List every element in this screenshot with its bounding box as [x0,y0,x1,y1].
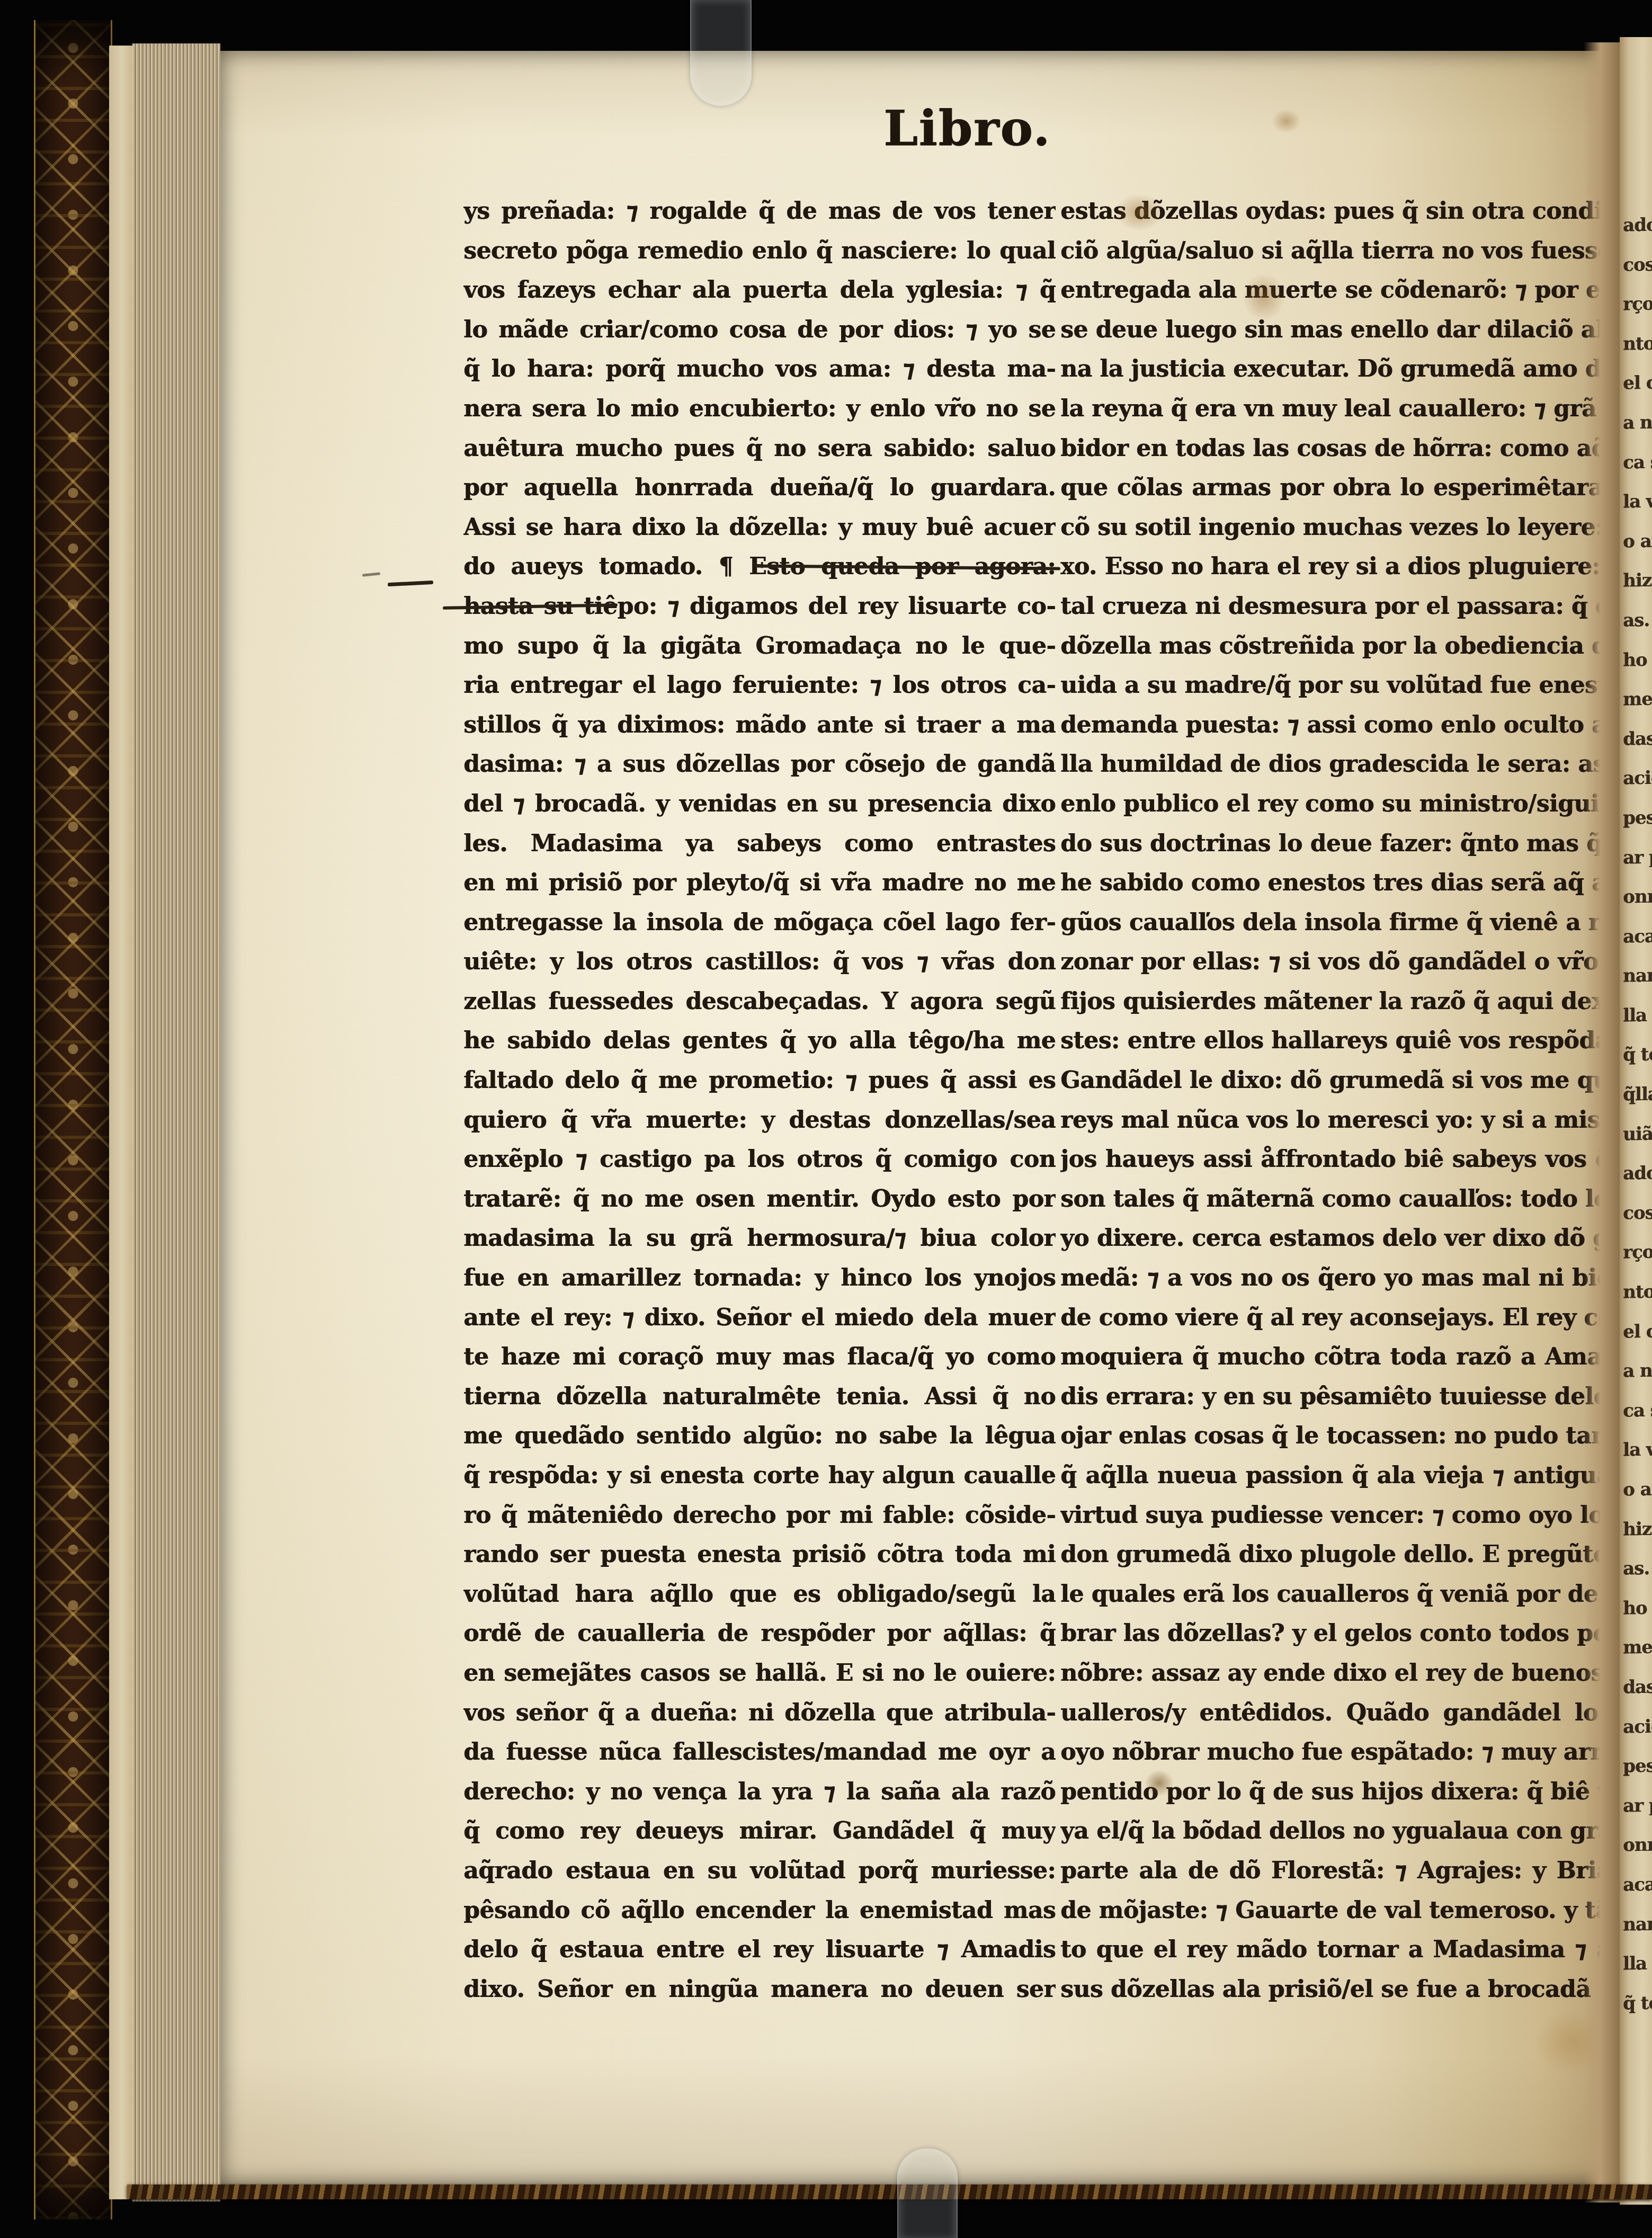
text-line: reys mal nũca vos lo meresci yo: y si a … [1060,1101,1611,1140]
text-line: ya el/q̃ la bõdad dellos no ygualaua con… [1060,1812,1611,1851]
text-line: madasima la su grã hermosura/⁊ biua colo… [463,1219,1056,1259]
text-line: rando ser puesta enesta prisiõ cõtra tod… [463,1535,1056,1575]
text-line: nõbre: assaz ay ende dixo el rey de buen… [1060,1654,1611,1693]
text-line: demanda puesta: ⁊ assi como enlo oculto … [1060,706,1611,745]
text-line: de mõjaste: ⁊ Gauarte de val temeroso. y… [1060,1891,1611,1931]
text-line: ante el rey: ⁊ dixo. Señor el miedo dela… [463,1298,1056,1338]
text-fragment: hiziess [1623,561,1652,601]
text-line: dixo. Señor en ningũa manera no deuen se… [463,1970,1056,2010]
text-line: entregada ala muerte se cõdenarõ: ⁊ por … [1060,271,1611,310]
text-line: parte ala de dõ Florestã: ⁊ Agrajes: y B… [1060,1851,1611,1891]
text-line: vos señor q̃ a dueña: ni dõzella que atr… [463,1693,1056,1733]
text-fragment: ar p̃ste [1623,837,1652,877]
text-line: ojar enlas cosas q̃ le tocassen: no pudo… [1060,1416,1611,1456]
text-fragment: a no se [1623,403,1652,443]
text-line: son tales q̃ mãternã como caualľos: todo… [1060,1180,1611,1219]
text-line: q̃ respõda: y si enesta corte hay algun … [463,1456,1056,1496]
text-line: jos haueys assi åffrontado biê sabeys vo… [1060,1140,1611,1180]
text-fragment: o ante [1623,521,1652,561]
text-fragment: ca sa e [1623,442,1652,482]
text-line: tal crueza ni desmesura por el passara: … [1060,587,1611,627]
text-line: tratarẽ: q̃ no me osen mentir. Oydo esto… [463,1180,1056,1219]
text-fragment: mezcla [1623,680,1652,719]
text-line: medã: ⁊ a vos no os q̃ero yo mas mal ni … [1060,1259,1611,1298]
text-line: auêtura mucho pues q̃ no sera sabido: sa… [463,429,1056,469]
text-fragment: o ante [1623,1470,1652,1510]
text-line: do sus doctrinas lo deue fazer: q̃nto ma… [1060,824,1611,864]
text-line: don grumedã dixo plugole dello. E pregũt… [1060,1535,1611,1575]
text-fragment: lla m [1623,995,1652,1035]
text-line: quiero q̃ vr̃a muerte: y destas donzella… [463,1101,1056,1140]
text-line: he sabido como enestos tres dias serã aq… [1060,863,1611,903]
text-line: ualleros/y entêdidos. Quãdo gandãdel los [1060,1693,1611,1733]
text-line: q̃ como rey deueys mirar. Gandãdel q̃ mu… [463,1812,1056,1851]
text-fragment: ntos d [1623,1272,1652,1312]
text-fragment: pesar:d [1623,798,1652,837]
text-line: lo mãde criar/como cosa de por dios: ⁊ y… [463,310,1056,350]
text-line: virtud suya pudiesse vencer: ⁊ como oyo … [1060,1496,1611,1536]
acrylic-page-holder-top [690,0,752,106]
text-fragment: cosas se [1623,245,1652,284]
text-line: tierna dõzella naturalmête tenia. Assi q… [463,1377,1056,1417]
text-fragment: ca sa e [1623,1390,1652,1430]
text-fragment: cosas se [1623,1193,1652,1233]
text-fragment: ado co [1623,206,1652,245]
text-line: ria entregar el lago feruiente: ⁊ los ot… [463,666,1056,706]
text-fragment: el cuã [1623,363,1652,403]
text-line: mo supo q̃ la gigãta Gromadaça no le que… [463,627,1056,666]
text-line: secreto põga remedio enlo q̃ nasciere: l… [463,231,1056,271]
gilt-tooled-binding-edge [34,20,112,2219]
book-page: Libro. ys preñada: ⁊ rogalde q̃ de mas d… [220,51,1624,2184]
text-line: q̃ aq̃lla nueua passion q̃ ala vieja ⁊ a… [1060,1456,1611,1496]
text-line: delo q̃ estaua entre el rey lisuarte ⁊ A… [463,1930,1056,1970]
text-fragment: das las [1623,719,1652,759]
text-line: gũos caualľos dela insola firme q̃ vienê… [1060,903,1611,943]
text-fragment: as. P [1623,1549,1652,1589]
text-line: to que el rey mãdo tornar a Madasima ⁊ a [1060,1930,1611,1970]
text-line: ciõ algũa/saluo si aq̃lla tierra no vos … [1060,231,1611,271]
text-line: sus dõzellas ala prisiõ/el se fue a broc… [1060,1970,1611,2010]
text-line: ro q̃ mãteniêdo derecho por mi fable: cõ… [463,1496,1056,1536]
text-line: me quedãdo sentido algũo: no sabe la lêg… [463,1416,1056,1456]
text-line: enxẽplo ⁊ castigo pa los otros q̃ comigo… [463,1140,1056,1180]
text-line: estas dõzellas oydas: pues q̃ sin otra c… [1060,192,1611,231]
text-line: he sabido delas gentes q̃ yo alla têgo/h… [463,1021,1056,1061]
margin-ink-dash [388,581,433,586]
text-line: da fuesse nũca fallescistes/mandad me oy… [463,1733,1056,1772]
text-fragment: la veni [1623,482,1652,522]
text-fragment: as. P [1623,601,1652,640]
text-line: zellas fuessedes descabeçadas. Y agora s… [463,982,1056,1022]
text-line: del ⁊ brocadã. y venidas en su presencia… [463,784,1056,824]
text-fragment: nami [1623,956,1652,996]
next-leaf-edge: ado cocosas serço pntos del cuãa no seca… [1620,37,1652,2205]
text-line: se deue luego sin mas enello dar dilaciõ… [1060,310,1611,350]
text-line: ys preñada: ⁊ rogalde q̃ de mas de vos t… [463,192,1056,231]
text-fragment: q̃ ten [1623,1983,1652,2023]
text-line: stillos q̃ ya diximos: mãdo ante si trae… [463,706,1056,745]
inner-hinge-strip [109,46,132,2199]
text-line: por aquella honrrada dueña/q̃ lo guardar… [463,468,1056,508]
text-line: oyo nõbrar mucho fue espãtado: ⁊ muy arr… [1060,1733,1611,1772]
text-line: cõ su sotil ingenio muchas vezes lo leye… [1060,508,1611,548]
text-line: dis errara: y en su pêsamiêto tuuiesse d… [1060,1377,1611,1417]
text-fragment: aca he [1623,1865,1652,1905]
text-fragment: aciõ ha [1623,759,1652,798]
text-fragment: nami [1623,1904,1652,1944]
text-fragment: ho a q [1623,640,1652,680]
text-line: volũtad hara aq̃llo que es obligado/segũ… [463,1575,1056,1615]
text-fragment: ado co [1623,1154,1652,1193]
text-line: brar las dõzellas? y el gelos conto todo… [1060,1614,1611,1654]
gilt-board-bottom-edge [127,2184,1652,2199]
text-line: derecho: y no vença la yra ⁊ la saña ala… [463,1772,1056,1812]
text-line: pêsando cõ aq̃llo encender la enemistad … [463,1891,1056,1931]
text-line: zonar por ellas: ⁊ si vos dõ gandãdel o … [1060,942,1611,982]
text-fragment: ar p̃ste [1623,1786,1652,1825]
text-line: moquiera q̃ mucho cõtra toda razõ a Ama- [1060,1338,1611,1377]
photographed-book-page: Libro. ys preñada: ⁊ rogalde q̃ de mas d… [0,0,1652,2238]
acrylic-page-holder-bottom [897,2148,958,2238]
text-line: aq̃rado estaua en su volũtad porq̃ murie… [463,1851,1056,1891]
text-line: de como viere q̃ al rey aconsejays. El r… [1060,1298,1611,1338]
text-line: q̃ lo hara: porq̃ mucho vos ama: ⁊ desta… [463,350,1056,389]
text-line: stes: entre ellos hallareys quiê vos res… [1060,1021,1611,1061]
text-fragment: ntos d [1623,324,1652,363]
next-leaf-text-fragments: ado cocosas serço pntos del cuãa no seca… [1623,206,1652,2023]
text-line: faltado delo q̃ me prometio: ⁊ pues q̃ a… [463,1061,1056,1101]
running-head: Libro. [803,100,1131,157]
text-fragment: uiã su [1623,1114,1652,1154]
text-line: dasima: ⁊ a sus dõzellas por cõsejo de g… [463,745,1056,784]
text-fragment: onrra [1623,877,1652,917]
text-line: bidor en todas las cosas de hõrra: como … [1060,429,1611,469]
text-fragment: pesar:d [1623,1746,1652,1786]
text-fragment: rço p [1623,1233,1652,1272]
text-fragment: aciõ ha [1623,1707,1652,1746]
text-fragment: hiziess [1623,1509,1652,1549]
text-fragment: q̃lla d [1623,1075,1652,1114]
text-line: Gandãdel le dixo: dõ grumedã si vos me q… [1060,1061,1611,1101]
margin-ink-dash [362,572,380,577]
text-line: xo. Esso no hara el rey si a dios plugui… [1060,547,1611,587]
text-line: la reyna q̃ era vn muy leal cauallero: ⁊… [1060,389,1611,429]
right-text-column: estas dõzellas oydas: pues q̃ sin otra c… [1060,192,1611,2009]
text-fragment: la veni [1623,1430,1652,1470]
text-line: le quales erã los caualleros q̃ veniã po… [1060,1575,1611,1615]
text-line: te haze mi coraçõ muy mas flaca/q̃ yo co… [463,1338,1056,1377]
text-line: fue en amarillez tornada: y hinco los yn… [463,1259,1056,1298]
paper-stain [1272,109,1301,133]
text-line: entregasse la insola de mõgaça cõel lago… [463,903,1056,943]
text-line: en mi prisiõ por pleyto/q̃ si vr̃a madre… [463,863,1056,903]
text-line: que cõlas armas por obra lo esperimêtara… [1060,468,1611,508]
text-line: ordẽ de caualleria de respõder por aq̃ll… [463,1614,1056,1654]
text-fragment: das las [1623,1668,1652,1707]
left-text-column: ys preñada: ⁊ rogalde q̃ de mas de vos t… [463,192,1056,2009]
text-fragment: onrra [1623,1825,1652,1865]
text-line: enlo publico el rey como su ministro/sig… [1060,784,1611,824]
text-fragment: ho a q [1623,1588,1652,1628]
text-fragment: lla m [1623,1944,1652,1984]
text-fragment: el cuã [1623,1312,1652,1351]
text-fragment: rço p [1623,284,1652,324]
text-fragment: a no se [1623,1351,1652,1391]
stacked-page-edges [132,43,220,2201]
text-fragment: q̃ ten [1623,1035,1652,1075]
text-line: yo dixere. cerca estamos delo ver dixo d… [1060,1219,1611,1259]
text-fragment: aca he [1623,916,1652,956]
text-line: uiête: y los otros castillos: q̃ vos ⁊ v… [463,942,1056,982]
text-line: dõzella mas cõstreñida por la obediencia… [1060,627,1611,666]
text-line: fijos quisierdes mãtener la razõ q̃ aqui… [1060,982,1611,1022]
text-line: vos fazeys echar ala puerta dela yglesia… [463,271,1056,310]
text-line: nera sera lo mio encubierto: y enlo vr̃o… [463,389,1056,429]
text-line: lla humildad de dios gradescida le sera:… [1060,745,1611,784]
fore-edge-shadow [1584,42,1621,2203]
text-line: uida a su madre/q̃ por su volũtad fue en… [1060,666,1611,706]
text-fragment: mezcla [1623,1628,1652,1668]
text-line: en semejãtes casos se hallã. E si no le … [463,1654,1056,1693]
text-line: Assi se hara dixo la dõzella: y muy buê … [463,508,1056,548]
text-line: na la justicia executar. Dõ grumedã amo … [1060,350,1611,389]
text-line: pentido por lo q̃ de sus hijos dixera: q… [1060,1772,1611,1812]
text-line: les. Madasima ya sabeys como entrastes [463,824,1056,864]
